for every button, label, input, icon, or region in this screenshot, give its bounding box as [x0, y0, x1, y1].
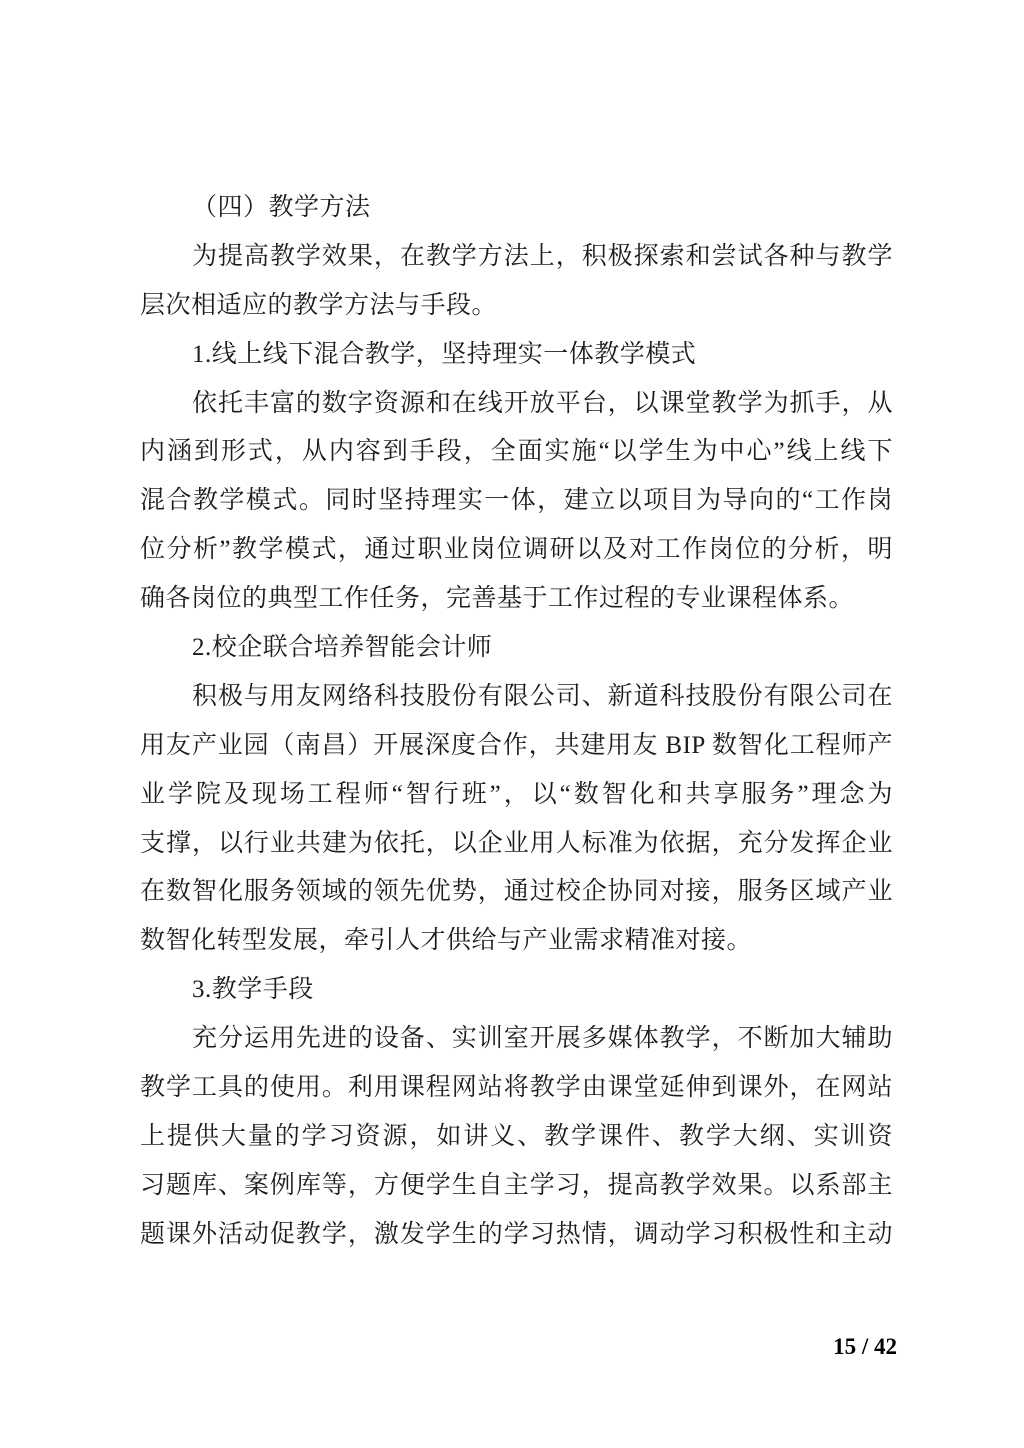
document-page: （四）教学方法 为提高教学效果，在教学方法上，积极探索和尝试各种与教学 层次相适… — [0, 0, 1024, 1448]
text-line: 依托丰富的数字资源和在线开放平台，以课堂教学为抓手，从 — [140, 380, 893, 429]
text-line: 混合教学模式。同时坚持理实一体，建立以项目为导向的“工作岗 — [140, 477, 893, 526]
text-line: 上提供大量的学习资源，如讲义、教学课件、教学大纲、实训资料、 — [140, 1113, 893, 1162]
text-line: 习题库、案例库等，方便学生自主学习，提高教学效果。以系部主 — [140, 1162, 893, 1211]
text-line: 数智化转型发展，牵引人才供给与产业需求精准对接。 — [140, 917, 893, 966]
text-line: 在数智化服务领域的领先优势，通过校企协同对接，服务区域产业 — [140, 868, 893, 917]
text-line: 充分运用先进的设备、实训室开展多媒体教学，不断加大辅助 — [140, 1015, 893, 1064]
text-line: 确各岗位的典型工作任务，完善基于工作过程的专业课程体系。 — [140, 575, 893, 624]
text-line: 支撑，以行业共建为依托，以企业用人标准为依据，充分发挥企业 — [140, 820, 893, 869]
text-line: 积极与用友网络科技股份有限公司、新道科技股份有限公司在 — [140, 673, 893, 722]
text-line: 位分析”教学模式，通过职业岗位调研以及对工作岗位的分析，明 — [140, 526, 893, 575]
text-line: 内涵到形式，从内容到手段，全面实施“以学生为中心”线上线下 — [140, 428, 893, 477]
text-line: 题课外活动促教学，激发学生的学习热情，调动学习积极性和主动 — [140, 1211, 893, 1260]
section-heading: （四）教学方法 — [140, 184, 893, 233]
document-body: （四）教学方法 为提高教学效果，在教学方法上，积极探索和尝试各种与教学 层次相适… — [140, 184, 893, 1260]
subheading-2: 2.校企联合培养智能会计师 — [140, 624, 893, 673]
subheading-3: 3.教学手段 — [140, 966, 893, 1015]
subheading-1: 1.线上线下混合教学，坚持理实一体教学模式 — [140, 331, 893, 380]
page-number: 15 / 42 — [140, 1334, 897, 1360]
text-line: 业学院及现场工程师“智行班”，以“数智化和共享服务”理念为 — [140, 771, 893, 820]
text-line: 用友产业园（南昌）开展深度合作，共建用友 BIP 数智化工程师产 — [140, 722, 893, 771]
text-line: 层次相适应的教学方法与手段。 — [140, 282, 893, 331]
text-line: 为提高教学效果，在教学方法上，积极探索和尝试各种与教学 — [140, 233, 893, 282]
text-line: 教学工具的使用。利用课程网站将教学由课堂延伸到课外，在网站 — [140, 1064, 893, 1113]
